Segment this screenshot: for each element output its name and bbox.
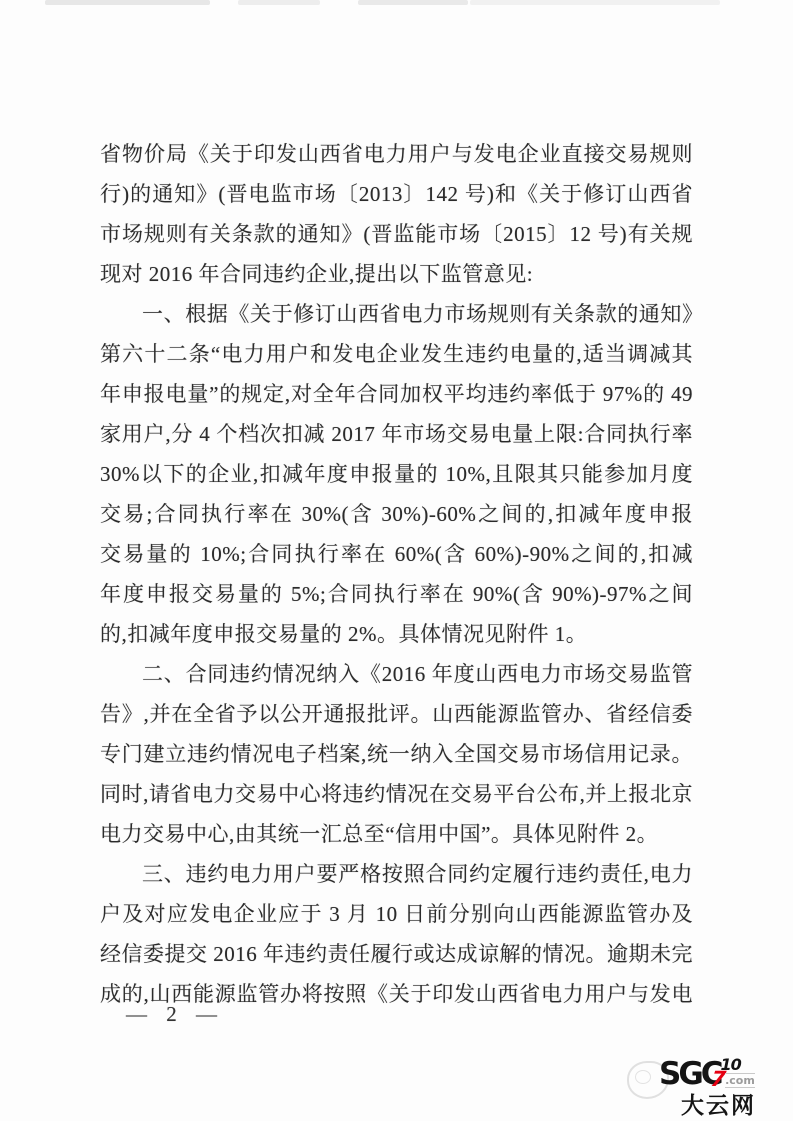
text-line: 二、合同违约情况纳入《2016 年度山西电力市场交易监管报: [100, 654, 693, 694]
text-line: 第六十二条“电力用户和发电企业发生违约电量的,适当调减其次: [100, 334, 693, 374]
text-line: 省物价局《关于印发山西省电力用户与发电企业直接交易规则(试: [100, 134, 693, 174]
text-line: 告》,并在全省予以公开通报批评。山西能源监管办、省经信委将: [100, 694, 693, 734]
text-line: 年度申报交易量的 5%;合同执行率在 90%(含 90%)-97%之间: [100, 574, 693, 614]
text-line: 三、违约电力用户要严格按照合同约定履行违约责任,电力用: [100, 854, 693, 894]
text-line: 家用户,分 4 个档次扣减 2017 年市场交易电量上限:合同执行率: [100, 414, 693, 454]
text-line: 30%以下的企业,扣减年度申报量的 10%,且限其只能参加月度: [100, 454, 693, 494]
text-line: 的,扣减年度申报交易量的 2%。具体情况见附件 1。: [100, 614, 693, 654]
text-line: 专门建立违约情况电子档案,统一纳入全国交易市场信用记录。: [100, 734, 693, 774]
scan-artifact: [358, 0, 468, 5]
scanned-document-page: 省物价局《关于印发山西省电力用户与发电企业直接交易规则(试行)的通知》(晋电监市…: [0, 0, 793, 1121]
text-line: 现对 2016 年合同违约企业,提出以下监管意见:: [100, 254, 693, 294]
text-line: 经信委提交 2016 年违约责任履行或达成谅解的情况。逾期未完: [100, 934, 693, 974]
text-line: 一、根据《关于修订山西省电力市场规则有关条款的通知》中: [100, 294, 693, 334]
text-line: 市场规则有关条款的通知》(晋监能市场〔2015〕12 号)有关规定,: [100, 214, 693, 254]
document-body: 省物价局《关于印发山西省电力用户与发电企业直接交易规则(试行)的通知》(晋电监市…: [100, 134, 693, 1014]
watermark-logo: SGC10 7 .com 大云网: [629, 1055, 789, 1117]
watermark-site-name: 大云网: [681, 1087, 756, 1120]
page-number: — 2 —: [126, 1002, 224, 1027]
text-line: 同时,请省电力交易中心将违约情况在交易平台公布,并上报北京: [100, 774, 693, 814]
text-line: 电力交易中心,由其统一汇总至“信用中国”。具体见附件 2。: [100, 814, 693, 854]
scan-artifact: [45, 0, 210, 5]
text-line: 年申报电量”的规定,对全年合同加权平均违约率低于 97%的 49: [100, 374, 693, 414]
text-line: 户及对应发电企业应于 3 月 10 日前分别向山西能源监管办及省: [100, 894, 693, 934]
watermark-domain-text: .com: [725, 1073, 755, 1088]
text-line: 交易量的 10%;合同执行率在 60%(含 60%)-90%之间的,扣减: [100, 534, 693, 574]
text-line: 交易;合同执行率在 30%(含 30%)-60%之间的,扣减年度申报: [100, 494, 693, 534]
scan-artifact: [238, 0, 320, 5]
text-line: 行)的通知》(晋电监市场〔2013〕142 号)和《关于修订山西省电力: [100, 174, 693, 214]
scan-artifact: [470, 0, 720, 5]
